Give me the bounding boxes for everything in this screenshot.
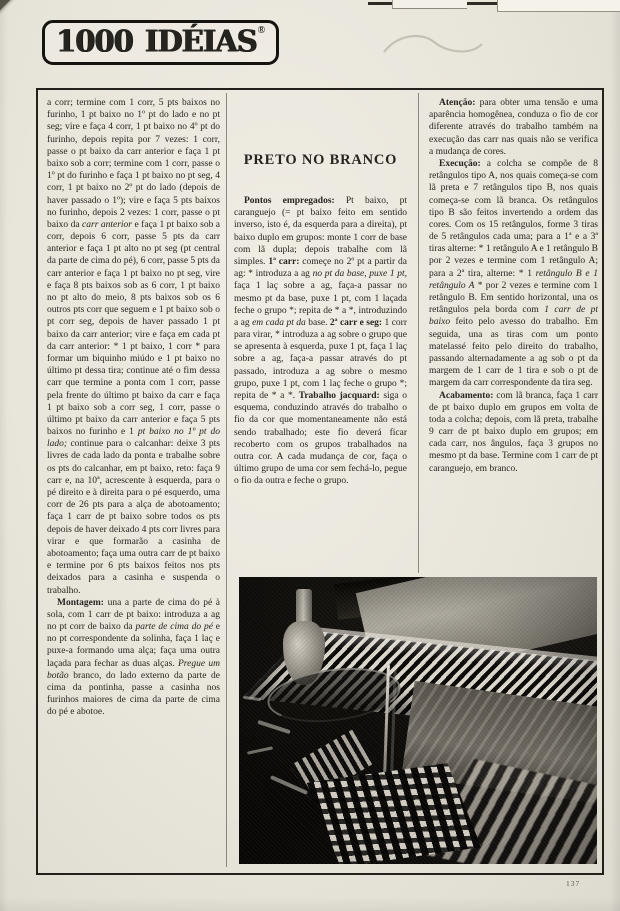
article-column-2: PRETO NO BRANCO Pontos empregados: Pt ba… xyxy=(234,97,407,573)
photo-grain-overlay xyxy=(239,577,597,864)
paragraph-execucao: Execução: a colcha se compõe de 8 retâng… xyxy=(429,158,598,390)
article-photo xyxy=(239,577,597,864)
column-divider xyxy=(418,93,419,573)
page-number: 137 xyxy=(566,879,580,888)
masthead-title: 1000 IDÉIAS xyxy=(56,23,257,58)
paragraph-atencao: Atenção: para obter uma tensão e uma apa… xyxy=(429,97,598,158)
scan-corner-mark xyxy=(0,0,16,18)
article-title: PRETO NO BRANCO xyxy=(236,152,405,169)
article-column-1: a corr; termine com 1 corr, 5 pts baixos… xyxy=(47,97,220,869)
paragraph-acabamento: Acabamento: com lã branca, faça 1 carr d… xyxy=(429,390,598,475)
article-column-3: Atenção: para obter uma tensão e uma apa… xyxy=(429,97,598,573)
paragraph: a corr; termine com 1 corr, 5 pts baixos… xyxy=(47,97,220,597)
scan-tab-artifact xyxy=(497,0,620,12)
scan-tab-artifact xyxy=(392,0,467,9)
magazine-page: 1000 IDÉIAS® a corr; termine com 1 corr,… xyxy=(0,0,620,911)
registered-trademark-symbol: ® xyxy=(258,25,265,36)
masthead-logo: 1000 IDÉIAS® xyxy=(42,20,279,65)
pencil-smudge xyxy=(378,26,488,66)
paragraph-montagem: Montagem: una a parte de cima do pé à so… xyxy=(47,597,220,719)
column-divider xyxy=(226,93,227,867)
paragraph-pontos-empregados: Pontos empregados: Pt baixo, pt carangue… xyxy=(234,195,407,488)
article-frame: a corr; termine com 1 corr, 5 pts baixos… xyxy=(36,88,604,875)
